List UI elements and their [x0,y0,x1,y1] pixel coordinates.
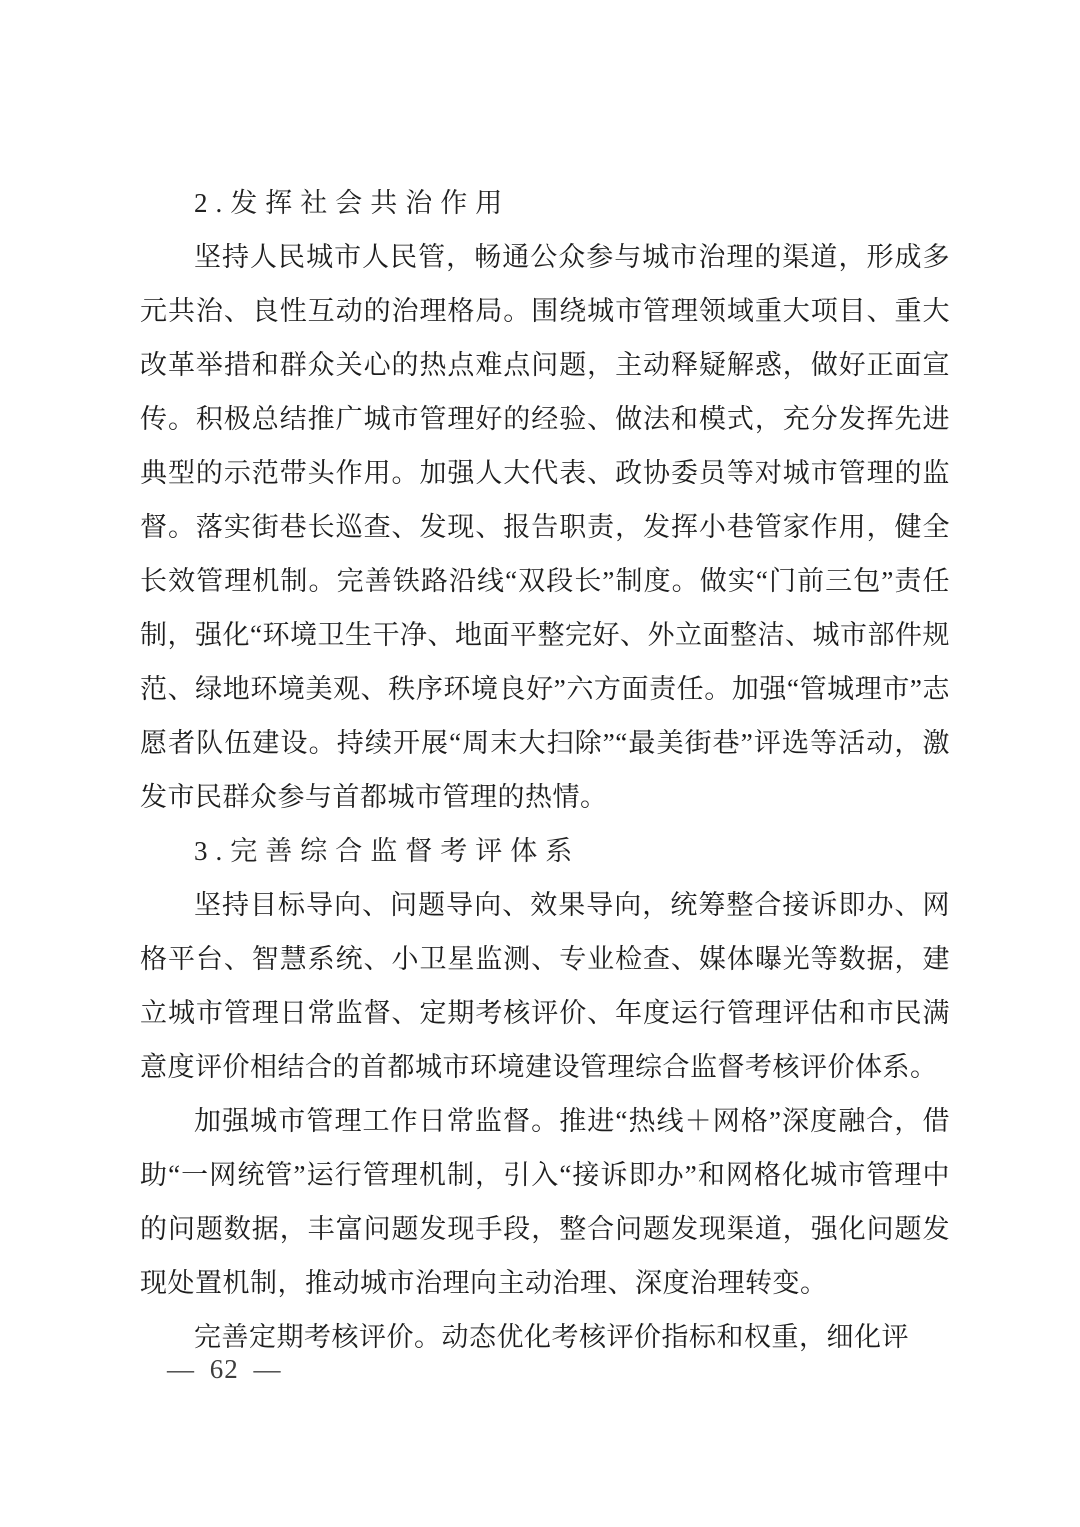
document-body: 2.发挥社会共治作用 坚持人民城市人民管，畅通公众参与城市治理的渠道，形成多元共… [140,176,950,1364]
page-number: — 62 — [167,1352,282,1386]
paragraph-evaluation-system: 坚持目标导向、问题导向、效果导向，统筹整合接诉即办、网格平台、智慧系统、小卫星监… [140,878,950,1094]
paragraph-social-co-governance: 坚持人民城市人民管，畅通公众参与城市治理的渠道，形成多元共治、良性互动的治理格局… [140,230,950,824]
paragraph-daily-supervision: 加强城市管理工作日常监督。推进“热线＋网格”深度融合，借助“一网统管”运行管理机… [140,1094,950,1310]
section-heading-2: 2.发挥社会共治作用 [140,176,950,230]
document-page: 2.发挥社会共治作用 坚持人民城市人民管，畅通公众参与城市治理的渠道，形成多元共… [0,0,1080,1527]
section-heading-3: 3.完善综合监督考评体系 [140,824,950,878]
